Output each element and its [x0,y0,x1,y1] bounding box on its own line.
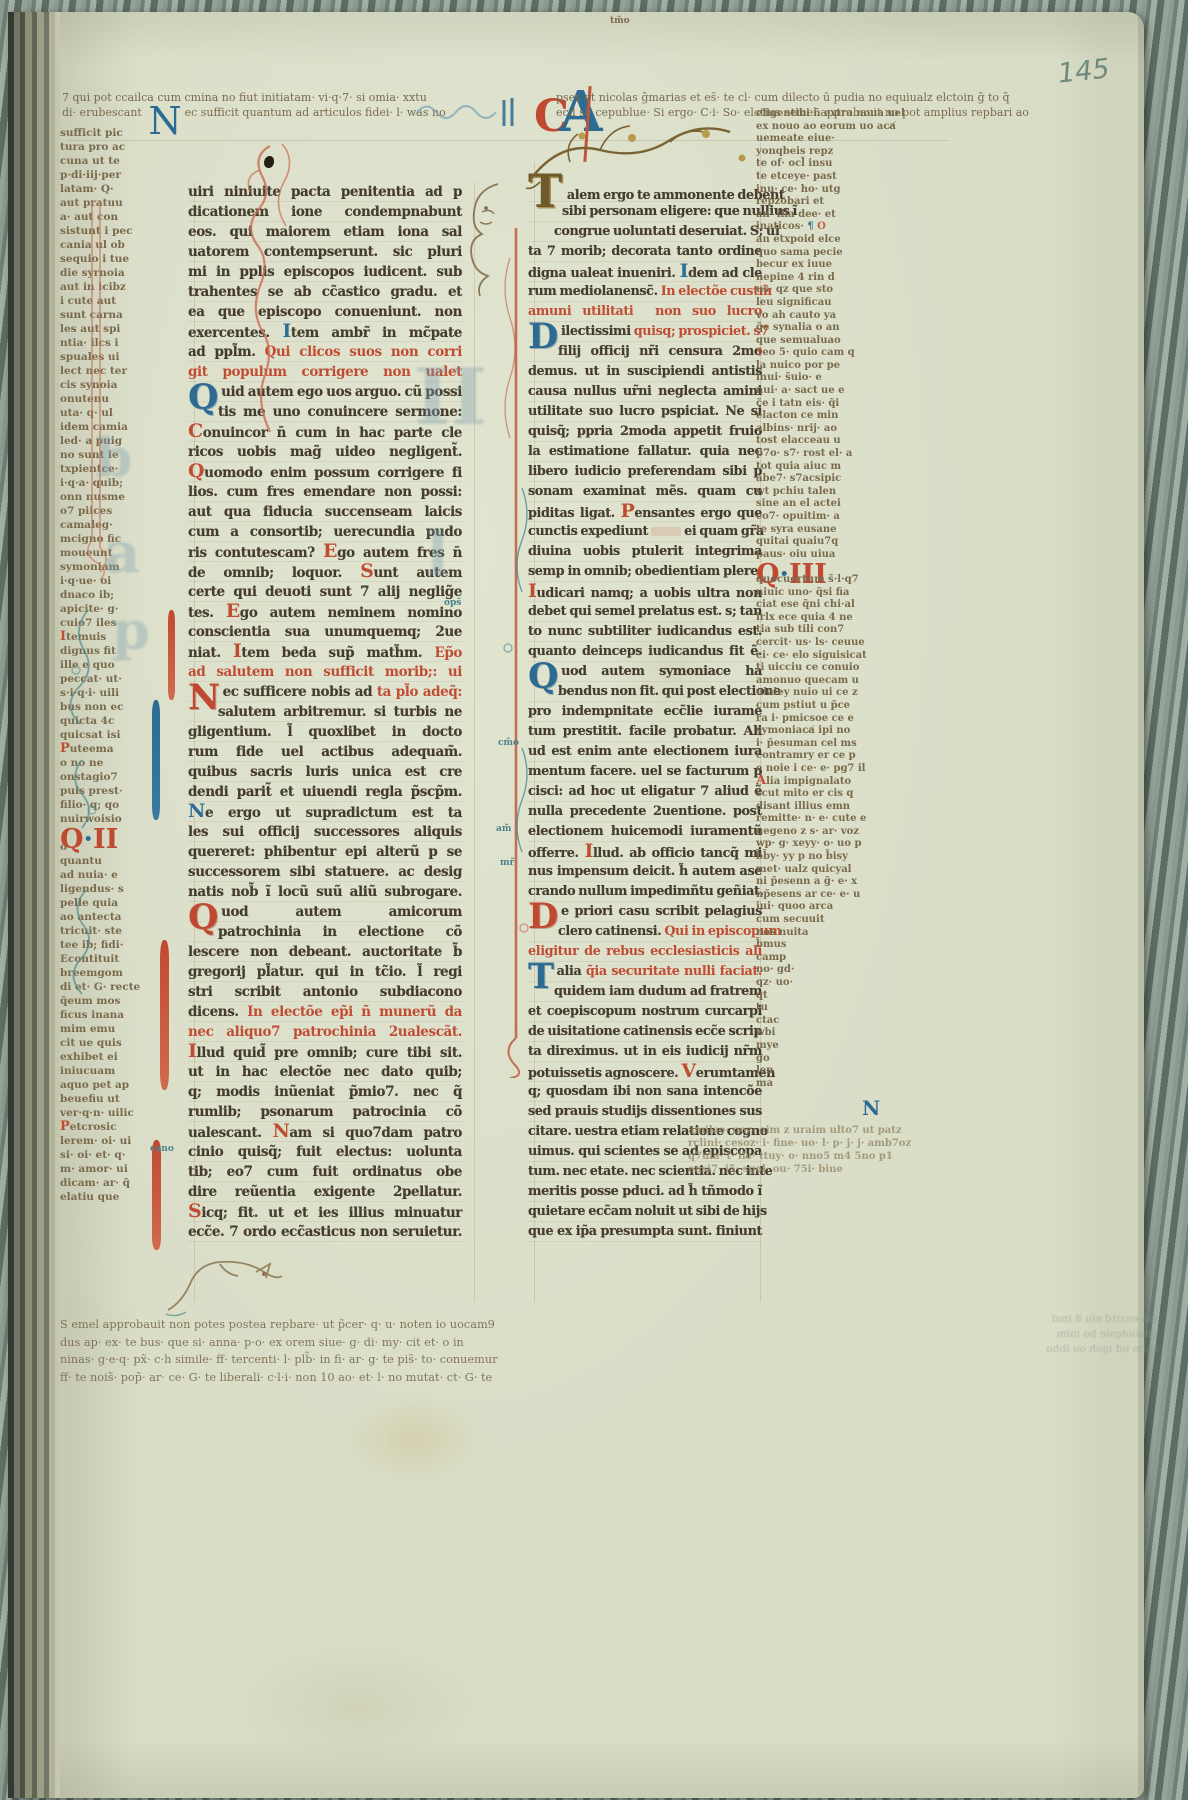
text-line: qsim nd igoh ou ibho [968,1342,1158,1357]
text-line: ci· ce· elo siguisicat [756,650,948,663]
text-line: met· ualz quicyal [756,864,948,877]
text-segment: lios. cum fres emendare non possi: [188,484,462,500]
text-segment: ao antecta [60,911,121,923]
text-segment: iui· quoo arca [756,901,833,912]
text-line: i cute aut [60,294,156,308]
text-line: len [756,1065,948,1078]
text-segment: p7o· s7· rost el· a [756,448,852,459]
text-line: sunt carna [60,308,156,322]
text-line: lerem· oi· ui [60,1134,156,1148]
text-line: amuni utilitati non suo lucro [528,302,762,322]
text-segment: uiri niniuite pacta penitentia ad p [188,184,462,200]
text-segment: cunctis expediunt [528,524,651,539]
text-line: latam· Q· [60,182,156,196]
text-line: dicens. In electõe ep̃i ñ munerũ da [188,1002,462,1022]
text-segment: ficus inana [60,1009,124,1021]
text-segment: eligitur de rebus ecclesiasticis ali [528,944,762,959]
text-segment: alia [557,964,586,979]
text-line: q7uia· t· ile· ttuy· o· nno5 m4 5no p1 [688,1150,944,1163]
text-line: ni p̃esenn a g̃· e· x [756,876,948,889]
text-segment: ciat ese q̃ni chi·al [756,599,855,610]
text-segment: que semualuao [756,335,841,346]
text-segment: tem ambr̃ in mc̃pate [291,325,462,341]
text-line: spuales ui [60,350,156,364]
text-segment: eligentibi ñ extra noua uel [756,108,905,119]
text-segment: cit ue quis [60,1037,122,1049]
text-line: us· qz que sto [756,284,948,297]
text-line: yonqbeis repz [756,146,948,159]
text-segment: o [60,841,67,853]
text-segment: ec sufficere nobis ad [223,684,377,700]
text-segment: ea que episcopo conueniunt. non [188,304,462,320]
text-segment: sed prauis studijs dissentiones sus [528,1104,762,1119]
text-line: que ex ip̃a presumpta sunt. finiunt [528,1222,762,1242]
text-line: tura pro ac [60,140,156,154]
text-line: aut qua fiducia succenseam laicis [188,502,462,522]
text-line: repzobari et [756,196,948,209]
text-line: tib; eo7 cum fuit ordinatus obe [188,1162,462,1182]
text-line: nus impensum deicit. h̃ autem ase [528,862,762,882]
text-line: q̃e synalia o an [756,322,948,335]
text-line: nulla precedente 2uentione. post [528,802,762,822]
text-segment: ci· ce· elo siguisicat [756,650,867,661]
text-segment: cis synoia [60,379,117,391]
parchment-stain [238,1642,478,1772]
text-segment: I [188,1040,197,1062]
text-segment: symoniaca̸ ipi no [756,725,850,736]
text-segment: albins· nrij· ao [756,423,837,434]
text-segment: rum fide uel actibus adequam̃. [188,744,462,760]
text-segment: no· gd· [756,964,794,975]
text-line: aut in icibz [60,280,156,294]
text-segment: ta pl̃o adeq̃: [377,684,462,700]
text-segment: cercit· us· ls· ceuue [756,637,865,648]
text-segment: quietare ecc̃am noluit ut sibi de hijs [528,1204,767,1219]
text-segment: to nunc subtiliter iudicandus est. [528,624,762,639]
text-line: beuefiu ut [60,1092,156,1106]
folio-number: 145 [1057,53,1112,89]
text-line: libero iudicio preferendam sibi p [528,462,762,482]
text-segment: demus. ut in suscipiendi antistis [528,364,762,379]
text-segment: quitai quaiu7q [756,536,838,547]
text-line: que semualuao [756,335,948,348]
text-line: an· illa dee· et [756,209,948,222]
text-line: te of· ocl̃ insu [756,158,948,171]
text-line: amonuo quecam u [756,675,948,688]
text-line: Sicq; fit. ut et ies illius minuatur [188,1202,462,1222]
text-line: uta· q· ul [60,406,156,420]
text-line: de uisitatione catinensis ecc̃e scrip [528,1022,762,1042]
text-segment: tura pro ac [60,141,125,153]
text-segment: patrochinia in electione cõ [218,924,462,940]
text-line: semp in omnib; obedientiam plere. [528,562,762,582]
text-segment: go [756,1053,770,1064]
text-segment: pro indempnitate ecc̃lie iurame [528,704,762,719]
text-segment: offerre. [528,846,584,861]
text-line: sibi personam eligere: que nullius ĩ [528,202,762,222]
text-segment: tricuit· ste [60,925,122,937]
text-segment: di· erubescant [62,106,145,119]
text-line: symoniaca̸ ipi no [756,725,948,738]
text-segment: q; modis inũeniat p̃mio7. nec q̃ [188,1084,462,1100]
text-line: an etxpoid elce [756,234,948,247]
text-line: ra i· pmicsoe ce e [756,713,948,726]
text-line: quisq̃; ppria 2moda appetit fruio [528,422,762,442]
text-segment: lerem· oi· ui [60,1135,131,1147]
text-line: ntia· ilcs i [60,336,156,350]
text-segment: tia sub tili con7 [756,624,844,635]
text-segment: yonqbeis repz [756,146,833,157]
text-segment: V [681,1060,695,1082]
text-line: crando nullum impedimñtu geñiat. [528,882,762,902]
text-line: i· p̃esuman cel ms [756,738,948,751]
text-segment: tee ib; fidi· [60,939,123,951]
left-margin-gloss: sufficit pictura pro accuna ut tep·di·ii… [60,126,156,1204]
text-segment: uomodo enim possum corrigere fi [204,465,462,481]
text-line: Dilectissimi quisq; prospiciet. s7 [528,322,762,342]
text-segment: S [188,1200,201,1222]
text-segment: e ergo ut supradictum est ta [205,805,462,821]
text-line: quicta 4c [60,714,156,728]
text-line: to nunc subtiliter iudicandus est. [528,622,762,642]
text-segment: debet qui semel prelatus est. s; tan [528,604,762,619]
text-segment: Econtituit [60,953,119,965]
text-line: iniucuam [60,1064,156,1078]
text-line: quanto deinceps iudicandus fit ẽ. [528,642,762,662]
text-segment: O [814,221,826,232]
text-segment: ulaley nuio ui ce z [756,687,858,698]
text-segment: dicam· ar· q̃ [60,1177,130,1189]
text-line: vo ah cauto ya [756,310,948,323]
text-segment: ma [756,1078,773,1089]
text-segment: an· illa dee· et [756,209,836,220]
text-line: congrue uoluntati deseruiat. S; ui [528,222,762,242]
text-segment: te of· ocl̃ insu [756,158,832,169]
text-segment: c̃e i tatn eis· q̃i [756,398,839,409]
text-line: nec aliquo7 patrochinia 2ualescãt. [188,1022,462,1042]
ink-blot [264,156,274,168]
text-line: mim emu [60,1022,156,1036]
marginal-correction-note: mr̃ [500,858,514,868]
text-segment: tib; eo7 cum fuit ordinatus obe [188,1164,462,1180]
text-segment: amuni utilitati non suo lucro [528,304,762,319]
text-segment: elatiu que [60,1191,119,1203]
text-segment: spuales ui [60,351,120,363]
text-line: filio· q; qo [60,798,156,812]
text-line: uegeno z s· ar· voz [756,826,948,839]
text-line: q; quosdam ibi non sana intencõe [528,1082,762,1102]
text-line: qt [756,990,948,1003]
text-line: patrochinia in electione cõ [188,922,462,942]
right-margin-gloss-lower: amilae· uoz· oim z uraim ulto7 ut patzrc… [688,1124,944,1176]
text-line: electionem huicemodi iuramentũ [528,822,762,842]
text-line: ver·q·n· uilic [60,1106,156,1120]
text-line: pses et nicolas g̃marias et es̃· te cl· … [556,90,916,105]
text-segment: aut pratuu [60,197,123,209]
text-segment: ecc̃e. 7 ordo ecc̃asticus non seruietur. [188,1224,462,1240]
text-segment: S [360,560,373,582]
text-segment: np̃esens ar ce· e· u [756,889,860,900]
text-segment: ntia· ilcs i [60,337,119,349]
text-line: trahentes se ab cc̃astico gradu. et [188,282,462,302]
text-segment: aquo pet ap [60,1079,129,1091]
text-line: Quod autem symoniace ha [528,662,762,682]
text-segment: digna ualeat inueniri. [528,266,680,281]
text-line: rum mediolanensc̃. In electõe custm̃ [528,282,762,302]
text-line: wbi [756,1027,948,1040]
tall-initial-red [160,940,169,1090]
text-segment: semp in omnib; obedientiam plere. [528,564,762,579]
manuscript-photo: { "folio_number": "145", "running_header… [0,0,1188,1800]
text-segment: stri scribit antonio subdiacono [188,984,462,1000]
text-segment: vo ah cauto ya [756,310,836,321]
text-segment: a· aut con [60,211,118,223]
text-segment: qt [756,990,768,1001]
text-line: ao antecta [60,910,156,924]
text-line: te syra eusane [756,524,948,537]
marginal-correction-note: N [862,1096,880,1120]
text-segment: i cute aut [60,295,116,307]
marginal-correction-note: cm̃o [498,738,519,748]
text-line: ciat ese q̃ni chi·al [756,599,948,612]
text-line: clero catinensi. Qui in episcopum [528,922,762,942]
text-line: sufficit pic [60,126,156,140]
text-segment: s·i·q·i· uili [60,687,119,699]
text-segment: bendus non fit. qui post electione [558,684,781,699]
text-segment: Ep̃o [434,645,462,661]
text-line: quibus sacris luris unica est cre [188,762,462,782]
text-segment: cum pstiut u p̃ce [756,700,850,711]
text-line: ensi7· i5· sgol· ou· 75i· bine [688,1163,944,1176]
text-segment: leu significau [756,297,832,308]
text-segment: trahentes se ab cc̃astico gradu. et [188,284,462,300]
text-line: stri scribit antonio subdiacono [188,982,462,1002]
text-line: iui· quoo arca [756,901,948,914]
text-line: la estimatione fallatur. quia nec [528,442,762,462]
text-line: ulaley nuio ui ce z [756,687,948,700]
text-line: cum pstiut u p̃ce [756,700,948,713]
text-line: o7 piices [60,504,156,518]
text-segment: enauotgsie bo inim [1057,1328,1158,1340]
text-segment [651,527,681,536]
text-segment: ad salutem non sufficit morib;: ui [188,664,462,680]
text-segment: quisq; prospiciet. s7 [634,324,769,339]
text-segment: niat. [188,645,233,661]
text-segment: inaticos· [756,221,807,232]
text-segment: libero iudicio preferendam sibi p [528,464,762,479]
text-segment: si· oi· et· q· [60,1149,125,1161]
text-line: np̃esens ar ce· e· u [756,889,948,902]
text-line: enauotgsie bo inim [968,1327,1158,1342]
text-line: dicationem ione condempnabunt [188,202,462,222]
text-segment: ninas· g·e·q· px̃· c·h simile· ff· terce… [60,1353,498,1366]
text-segment: ualescant. [188,1125,272,1141]
text-line: ris contutescam? Ego autem fres n̄ [188,542,462,562]
text-line: ud est enim ante electionem iura [528,742,762,762]
text-segment: E [323,540,337,562]
text-line: uiri niniuite pacta penitentia ad p [188,182,462,202]
text-line: co7· opuitim· a [756,511,948,524]
text-line: Q·III [756,561,948,574]
text-line: b̃mus [756,939,948,952]
text-line: debet qui semel prelatus est. s; tan [528,602,762,622]
text-line: quocuortum s̃·l·q7 [756,574,948,587]
text-segment: In electõe ep̃i ñ munerũ da [247,1004,462,1020]
text-segment: ilectissimi [561,324,634,339]
text-line: cisci: ad hoc ut eligatur 7 aliud ẽ [528,782,762,802]
text-line: mi in pplis episcopos iudicent. sub [188,262,462,282]
text-segment: q̃e synalia o an [756,322,840,333]
text-line: scut mito er cis q [756,788,948,801]
text-line: elacton ce min [756,410,948,423]
text-line: puis prest· [60,784,156,798]
text-line: tot quia aiuc m [756,461,948,474]
text-line: q̃eum mos [60,994,156,1008]
ruling-line [474,182,475,1302]
text-segment: quicta 4c [60,715,114,727]
text-line: eos. qui maiorem etiam iona sal [188,222,462,242]
text-segment: cisci: ad hoc ut eligatur 7 aliud ẽ [528,784,762,799]
text-segment: etcrosic [70,1121,117,1133]
text-segment: meritis posse pduci. ad h̃ tñmodo ĩ [528,1184,762,1199]
text-line: remitte· n· e· cute e [756,813,948,826]
text-segment: amilae· uoz· oim z uraim ulto7 ut patz [688,1125,902,1136]
text-segment: cinio quisq̃; fuit electus: uolunta [188,1144,462,1160]
text-segment: b̃mus [756,939,786,950]
text-segment: rumlib; psonarum patrocinia cõ [188,1104,462,1120]
text-line: niat. Item beda sup̃ math̃m. Ep̃o [188,642,462,662]
text-segment: eos. qui maiorem etiam iona sal [188,224,462,240]
top-margin-gloss-left: 7 qui pot ccailca cum cmina no fiut init… [62,90,514,120]
text-segment: camp [756,952,786,963]
text-line: lescere non debeant. auctoritate b̃ [188,942,462,962]
text-segment: uemeate eiue· [756,133,835,144]
text-segment: m· amor· ui [60,1163,128,1175]
text-segment: wbi [756,1027,775,1038]
text-segment: et coepiscopum nostrum curcarpi [528,1004,762,1019]
text-segment: llud. ab officio tancq̃ mi [593,846,762,861]
text-line: nepine 4 rin d [756,272,948,285]
text-line: ta direximus. ut in eis iudicij nr̃m [528,1042,762,1062]
text-segment: mi in pplis episcopos iudicent. sub [188,264,462,280]
text-line: ualescant. Nam si quo7dam patro [188,1122,462,1142]
text-line: o no ne [60,756,156,770]
text-segment: co7· opuitim· a [756,511,840,522]
text-segment: dicens. [188,1004,247,1020]
text-segment: 7 qui pot ccailca cum cmina no fiut init… [62,91,427,104]
text-line: quo sama pecie [756,247,948,260]
text-line: di et· G· recte [60,980,156,994]
text-line: inaticos· ¶ O [756,221,948,234]
text-segment: quidem iam dudum ad fratrem [554,984,762,999]
text-segment: contramry er ce p [756,750,856,761]
text-line: ninas· g·e·q· px̃· c·h simile· ff· terce… [60,1351,772,1369]
text-line: contramry er ce p [756,750,948,763]
text-segment: latam· Q· [60,183,114,195]
text-segment: nec aliquo7 patrochinia 2ualescãt. [188,1024,462,1040]
text-line: offerre. Illud. ab officio tancq̃ mi [528,842,762,862]
text-line: certe qui deuoti sunt 7 alij neglig̃e [188,582,462,602]
text-segment: conscientia sua unumquemq; 2ue [188,624,462,640]
text-segment: len [756,1065,773,1076]
text-segment: rum mediolanensc̃. [528,284,661,299]
text-line: ma [756,1078,948,1091]
text-line: sine an el actei [756,498,948,511]
text-segment: piditas ligat. [528,506,621,521]
text-line: diuina uobis ptulerit integrima [528,542,762,562]
text-segment: filij officij nr̃i censura 2mo [558,344,762,359]
text-segment: dire reũentia exigente 2pellatur. [188,1184,462,1200]
text-line: Illud quid̃ pre omnib; cure tibi sit. [188,1042,462,1062]
text-line: q; modis inũeniat p̃mio7. nec q̃ [188,1082,462,1102]
text-line: ¶eo 5· quio cam q [756,347,948,360]
text-line: ecc̃e. 7 ordo ecc̃asticus non seruietur. [188,1222,462,1242]
text-line: sistunt i pec [60,224,156,238]
text-line: ta 7 morib; decorata tanto ordine [528,242,762,262]
text-segment: quanto deinceps iudicandus fit ẽ. [528,644,762,659]
text-segment: ensi7· i5· sgol· ou· 75i· bine [688,1164,843,1175]
text-line: ff· te nois̃· pop̃· ar· ce· G· te libera… [60,1369,772,1387]
text-segment: mentum facere. uel se facturum p [528,764,762,779]
text-segment: qsim nd igoh ou ibho [1046,1343,1158,1355]
text-line: ricos uobis mag̃ uideo negligent̃. [188,442,462,462]
text-segment: quisq̃; ppria 2moda appetit fruio [528,424,762,439]
text-line: breemgom [60,966,156,980]
text-line: cania ul ob [60,238,156,252]
text-segment: peccat· ut· [60,673,122,685]
text-line: aut pratuu [60,196,156,210]
text-segment: tum prestitit. facile probatur. Ali [528,724,762,739]
text-line: rum fide uel actibus adequam̃. [188,742,462,762]
text-segment: q; quosdam ibi non sana intencõe [528,1084,762,1099]
text-line: onstagio7 [60,770,156,784]
text-line: De priori casu scribit pelagius [528,902,762,922]
text-line: Econtituit [60,952,156,966]
text-line: tee ib; fidi· [60,938,156,952]
text-line: quantu [60,854,156,868]
text-segment: pses et nicolas g̃marias et es̃· te cl· … [556,91,1010,104]
text-segment: elacton ce min [756,410,838,421]
text-line: ma euzttd eiu 8 imd [968,1312,1158,1327]
text-segment: A [756,773,766,788]
text-line: mye [756,1040,948,1053]
text-line: cercit· us· ls· ceuue [756,637,948,650]
text-line: 7 qui pot ccailca cum cmina no fiut init… [62,90,514,105]
text-line: ctac [756,1015,948,1028]
text-segment: la estimatione fallatur. quia nec [528,444,762,459]
text-segment: tes. [188,605,226,621]
text-line: te etceye· past [756,171,948,184]
text-line: peccat· ut· [60,672,156,686]
text-segment: cum a consortib; uerecundia pudo [188,524,462,540]
text-line: nui· a· sact ue e [756,385,948,398]
text-line: cuna ut te [60,154,156,168]
text-line: e noie i ce· e· pg7 il [756,763,948,776]
text-segment: go autem neminem nomino [240,605,462,621]
text-line: Q·II [60,826,156,840]
text-segment: die syrnoia [60,267,125,279]
text-line: tia sub tili con7 [756,624,948,637]
text-segment: ver·q·n· uilic [60,1107,134,1119]
text-segment: e priori casu scribit pelagius [561,904,762,919]
text-segment: beuefiu ut [60,1093,120,1105]
text-line: lios. cum fres emendare non possi: [188,482,462,502]
text-segment: gligentium. l̃ quoxlibet in docto [188,724,462,740]
text-line: gligentium. l̃ quoxlibet in docto [188,722,462,742]
text-segment: an etxpoid elce [756,234,841,245]
text-segment: N [188,800,205,822]
text-segment: N [272,1120,289,1142]
